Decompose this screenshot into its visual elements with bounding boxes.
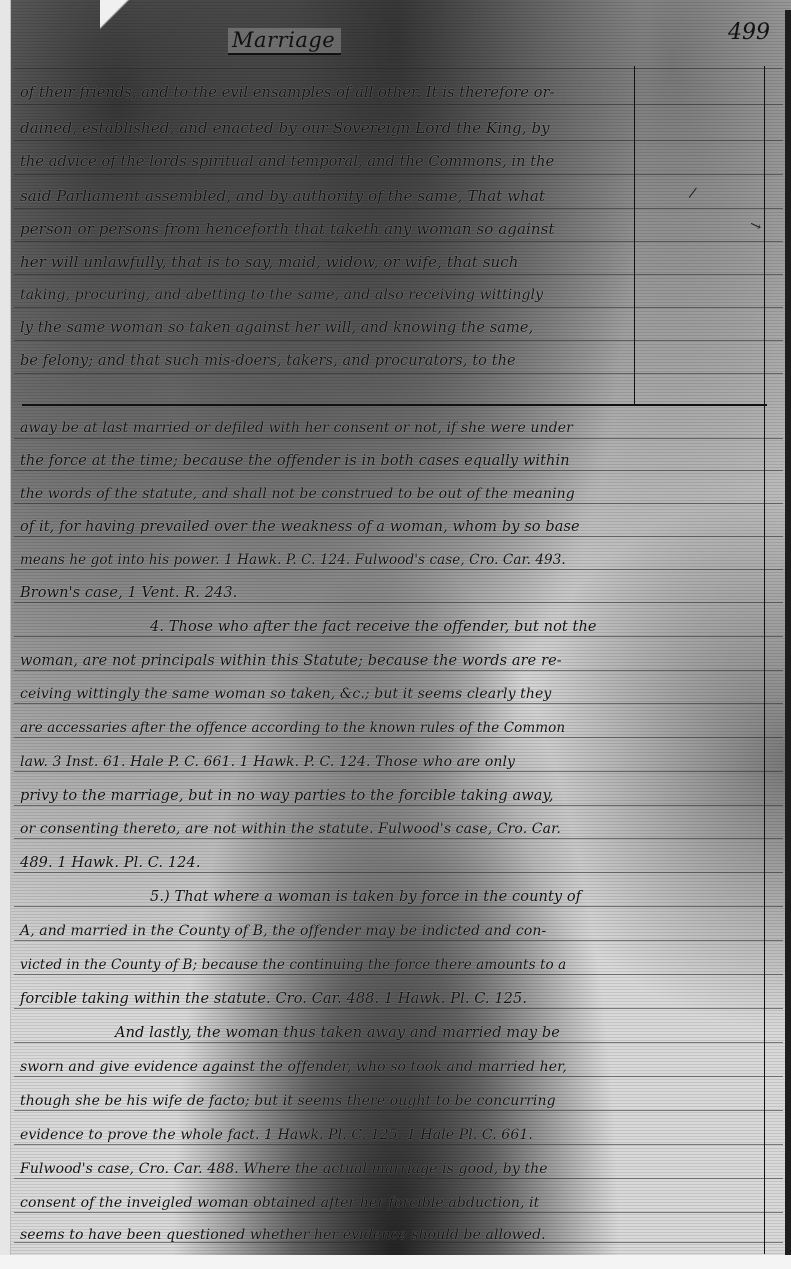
text-line: of it, for having prevailed over the wea… (20, 517, 760, 537)
text-line: the words of the statute, and shall not … (20, 484, 760, 504)
paragraph-lastly-start: And lastly, the woman thus taken away an… (20, 1023, 791, 1043)
text-line: of their friends, and to the evil ensamp… (20, 83, 620, 103)
text-line: Fulwood's case, Cro. Car. 488. Where the… (20, 1159, 760, 1179)
text-line: person or persons from henceforth that t… (20, 219, 620, 239)
margin-pen-mark: ↘ (748, 216, 764, 235)
text-line: forcible taking within the statute. Cro.… (20, 989, 760, 1009)
text-line: said Parliament assembled, and by author… (20, 186, 620, 206)
text-line: A, and married in the County of B, the o… (20, 921, 760, 941)
page-number: 499 (728, 20, 770, 45)
text-line: means he got into his power. 1 Hawk. P. … (20, 550, 760, 570)
text-line: or consenting thereto, are not within th… (20, 819, 760, 839)
text-line: law. 3 Inst. 61. Hale P. C. 661. 1 Hawk.… (20, 752, 760, 772)
text-line: woman, are not principals within this St… (20, 651, 760, 671)
text-line: away be at last married or defiled with … (20, 418, 760, 438)
text-line: 489. 1 Hawk. Pl. C. 124. (20, 853, 760, 873)
page-fold-corner (100, 0, 130, 30)
text-line: taking, procuring, and abetting to the s… (20, 285, 620, 305)
manuscript-page: \ ↘ Marriage 499 of their friends, and t… (0, 0, 791, 1269)
text-line: are accessaries after the offence accord… (20, 718, 760, 738)
text-line: ly the same woman so taken against her w… (20, 318, 620, 338)
text-line: evidence to prove the whole fact. 1 Hawk… (20, 1125, 760, 1145)
text-line: privy to the marriage, but in no way par… (20, 786, 760, 806)
text-line: be felony; and that such mis-doers, take… (20, 351, 620, 371)
margin-column-right-rule (764, 66, 765, 406)
text-line: victed in the County of B; because the c… (20, 955, 760, 975)
text-line: ceiving wittingly the same woman so take… (20, 684, 760, 704)
text-line: seems to have been questioned whether he… (20, 1225, 760, 1245)
section-divider (22, 404, 767, 406)
text-line: the advice of the lords spiritual and te… (20, 152, 620, 172)
scan-left-margin (0, 0, 11, 1269)
page-title: Marriage (228, 28, 341, 55)
text-line: sworn and give evidence against the offe… (20, 1057, 760, 1077)
margin-column-left-rule (634, 66, 635, 406)
paragraph-4-start: 4. Those who after the fact receive the … (20, 617, 791, 637)
lower-right-margin-rule (764, 404, 765, 1254)
text-line: the force at the time; because the offen… (20, 451, 760, 471)
text-line: though she be his wife de facto; but it … (20, 1091, 760, 1111)
text-line: Brown's case, 1 Vent. R. 243. (20, 583, 760, 603)
margin-pen-mark: \ (684, 186, 700, 199)
text-line: consent of the inveigled woman obtained … (20, 1193, 760, 1213)
scan-bottom-margin (0, 1255, 791, 1269)
paragraph-5-start: 5.) That where a woman is taken by force… (20, 887, 791, 907)
text-line: her will unlawfully, that is to say, mai… (20, 252, 620, 272)
text-line: dained, established, and enacted by our … (20, 118, 620, 138)
